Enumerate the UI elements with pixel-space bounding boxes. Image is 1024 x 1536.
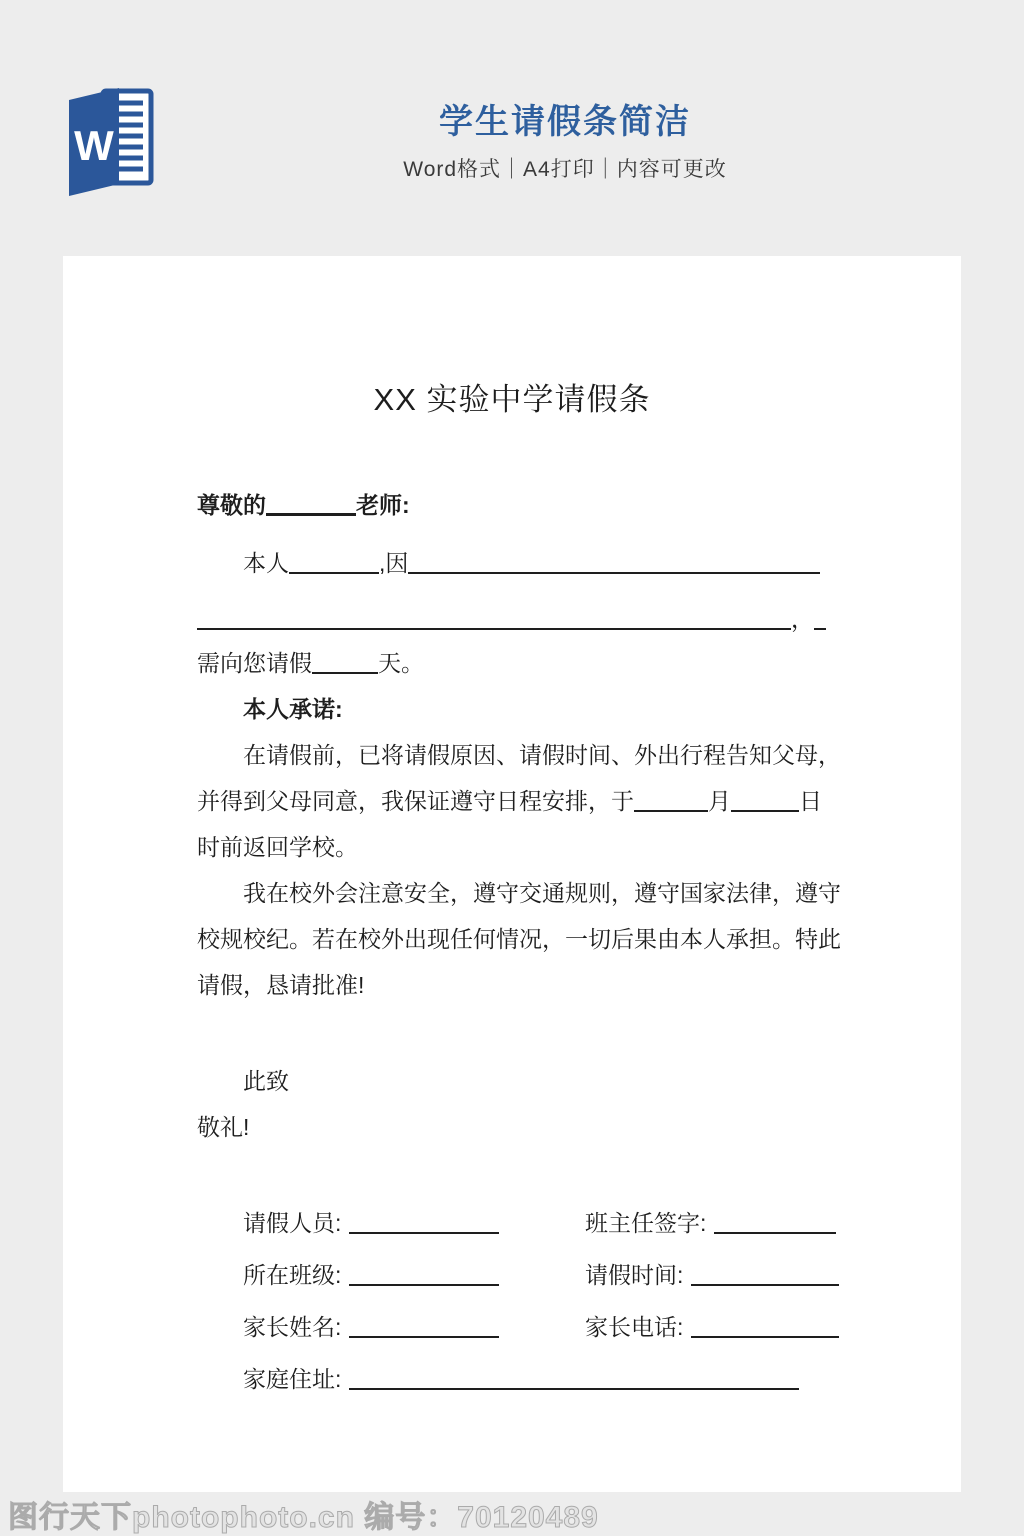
blank-underline [266,513,356,516]
word-icon-letter: W [74,122,114,169]
blank-underline [349,1336,499,1338]
intro-line2-comma: ， [791,606,814,632]
blank-underline [312,672,378,674]
field-row-1: 请假人员: 班主任签字: [243,1208,883,1238]
intro-line1-mid: ,因 [379,550,408,576]
para1-line2-post: 日 [799,788,822,814]
word-icon: W [63,84,157,196]
intro-line3-pre: 需向您请假 [197,650,312,676]
para1-line-1: 在请假前，已将请假原因、请假时间、外出行程告知父母， [243,740,883,770]
field-label: 所在班级: [243,1262,341,1288]
blank-underline [349,1388,799,1390]
field-label: 家长电话: [585,1314,683,1340]
header-title: 学生请假条简洁 [170,94,960,143]
para1-line-2: 并得到父母同意，我保证遵守日程安排，于月日 [197,786,837,816]
promise-heading: 本人承诺: [243,694,883,724]
intro-line3-post: 天。 [378,650,424,676]
field-col2: 请假时间: [585,1260,839,1290]
field-label: 请假时间: [585,1262,683,1288]
document-page: XX 实验中学请假条 尊敬的老师: 本人,因 ， 需向您请假天。 本人承诺: 在… [63,256,961,1492]
field-row-4: 家庭住址: [243,1364,883,1394]
field-col2: 家长电话: [585,1312,839,1342]
blank-underline [408,572,820,574]
para1-line2-pre: 并得到父母同意，我保证遵守日程安排，于 [197,788,634,814]
field-label: 班主任签字: [585,1210,706,1236]
para2-line-2: 校规校纪。若在校外出现任何情况，一切后果由本人承担。特此 [197,924,837,954]
blank-underline [691,1284,839,1286]
closing-line-2: 敬礼! [197,1112,837,1142]
screen: W 学生请假条简洁 Word格式｜A4打印｜内容可更改 XX 实验中学请假条 尊… [0,0,1024,1536]
intro-line-3: 需向您请假天。 [197,648,837,678]
blank-underline [349,1284,499,1286]
para2-line-1: 我在校外会注意安全，遵守交通规则，遵守国家法律，遵守 [243,878,883,908]
para2-line-3: 请假，恳请批准! [197,970,837,1000]
blank-underline [814,628,826,630]
blank-underline [714,1232,836,1234]
blank-underline [349,1232,499,1234]
blank-underline [289,572,379,574]
para1-line2-mid: 月 [708,788,731,814]
blank-underline [691,1336,839,1338]
para1-line-3: 时前返回学校。 [197,832,837,862]
greeting-line: 尊敬的老师: [197,490,837,520]
blank-underline [731,810,799,812]
header-subtitle: Word格式｜A4打印｜内容可更改 [170,153,960,183]
intro-line-2: ， [197,604,837,634]
field-label: 请假人员: [243,1210,341,1236]
blank-underline [197,628,791,630]
field-row-3: 家长姓名: 家长电话: [243,1312,883,1342]
document-title: XX 实验中学请假条 [63,374,961,419]
field-label: 家庭住址: [243,1366,341,1392]
watermark-text: 图行天下photophoto.cn 编号：70120489 [8,1492,599,1536]
field-col2: 班主任签字: [585,1208,836,1238]
closing-line-1: 此致 [243,1066,883,1096]
intro-line1-pre: 本人 [243,550,289,576]
intro-line-1: 本人,因 [243,548,883,578]
field-label: 家长姓名: [243,1314,341,1340]
greeting-pre: 尊敬的 [197,492,266,518]
field-row-2: 所在班级: 请假时间: [243,1260,883,1290]
blank-underline [634,810,708,812]
greeting-post: 老师: [356,492,410,518]
